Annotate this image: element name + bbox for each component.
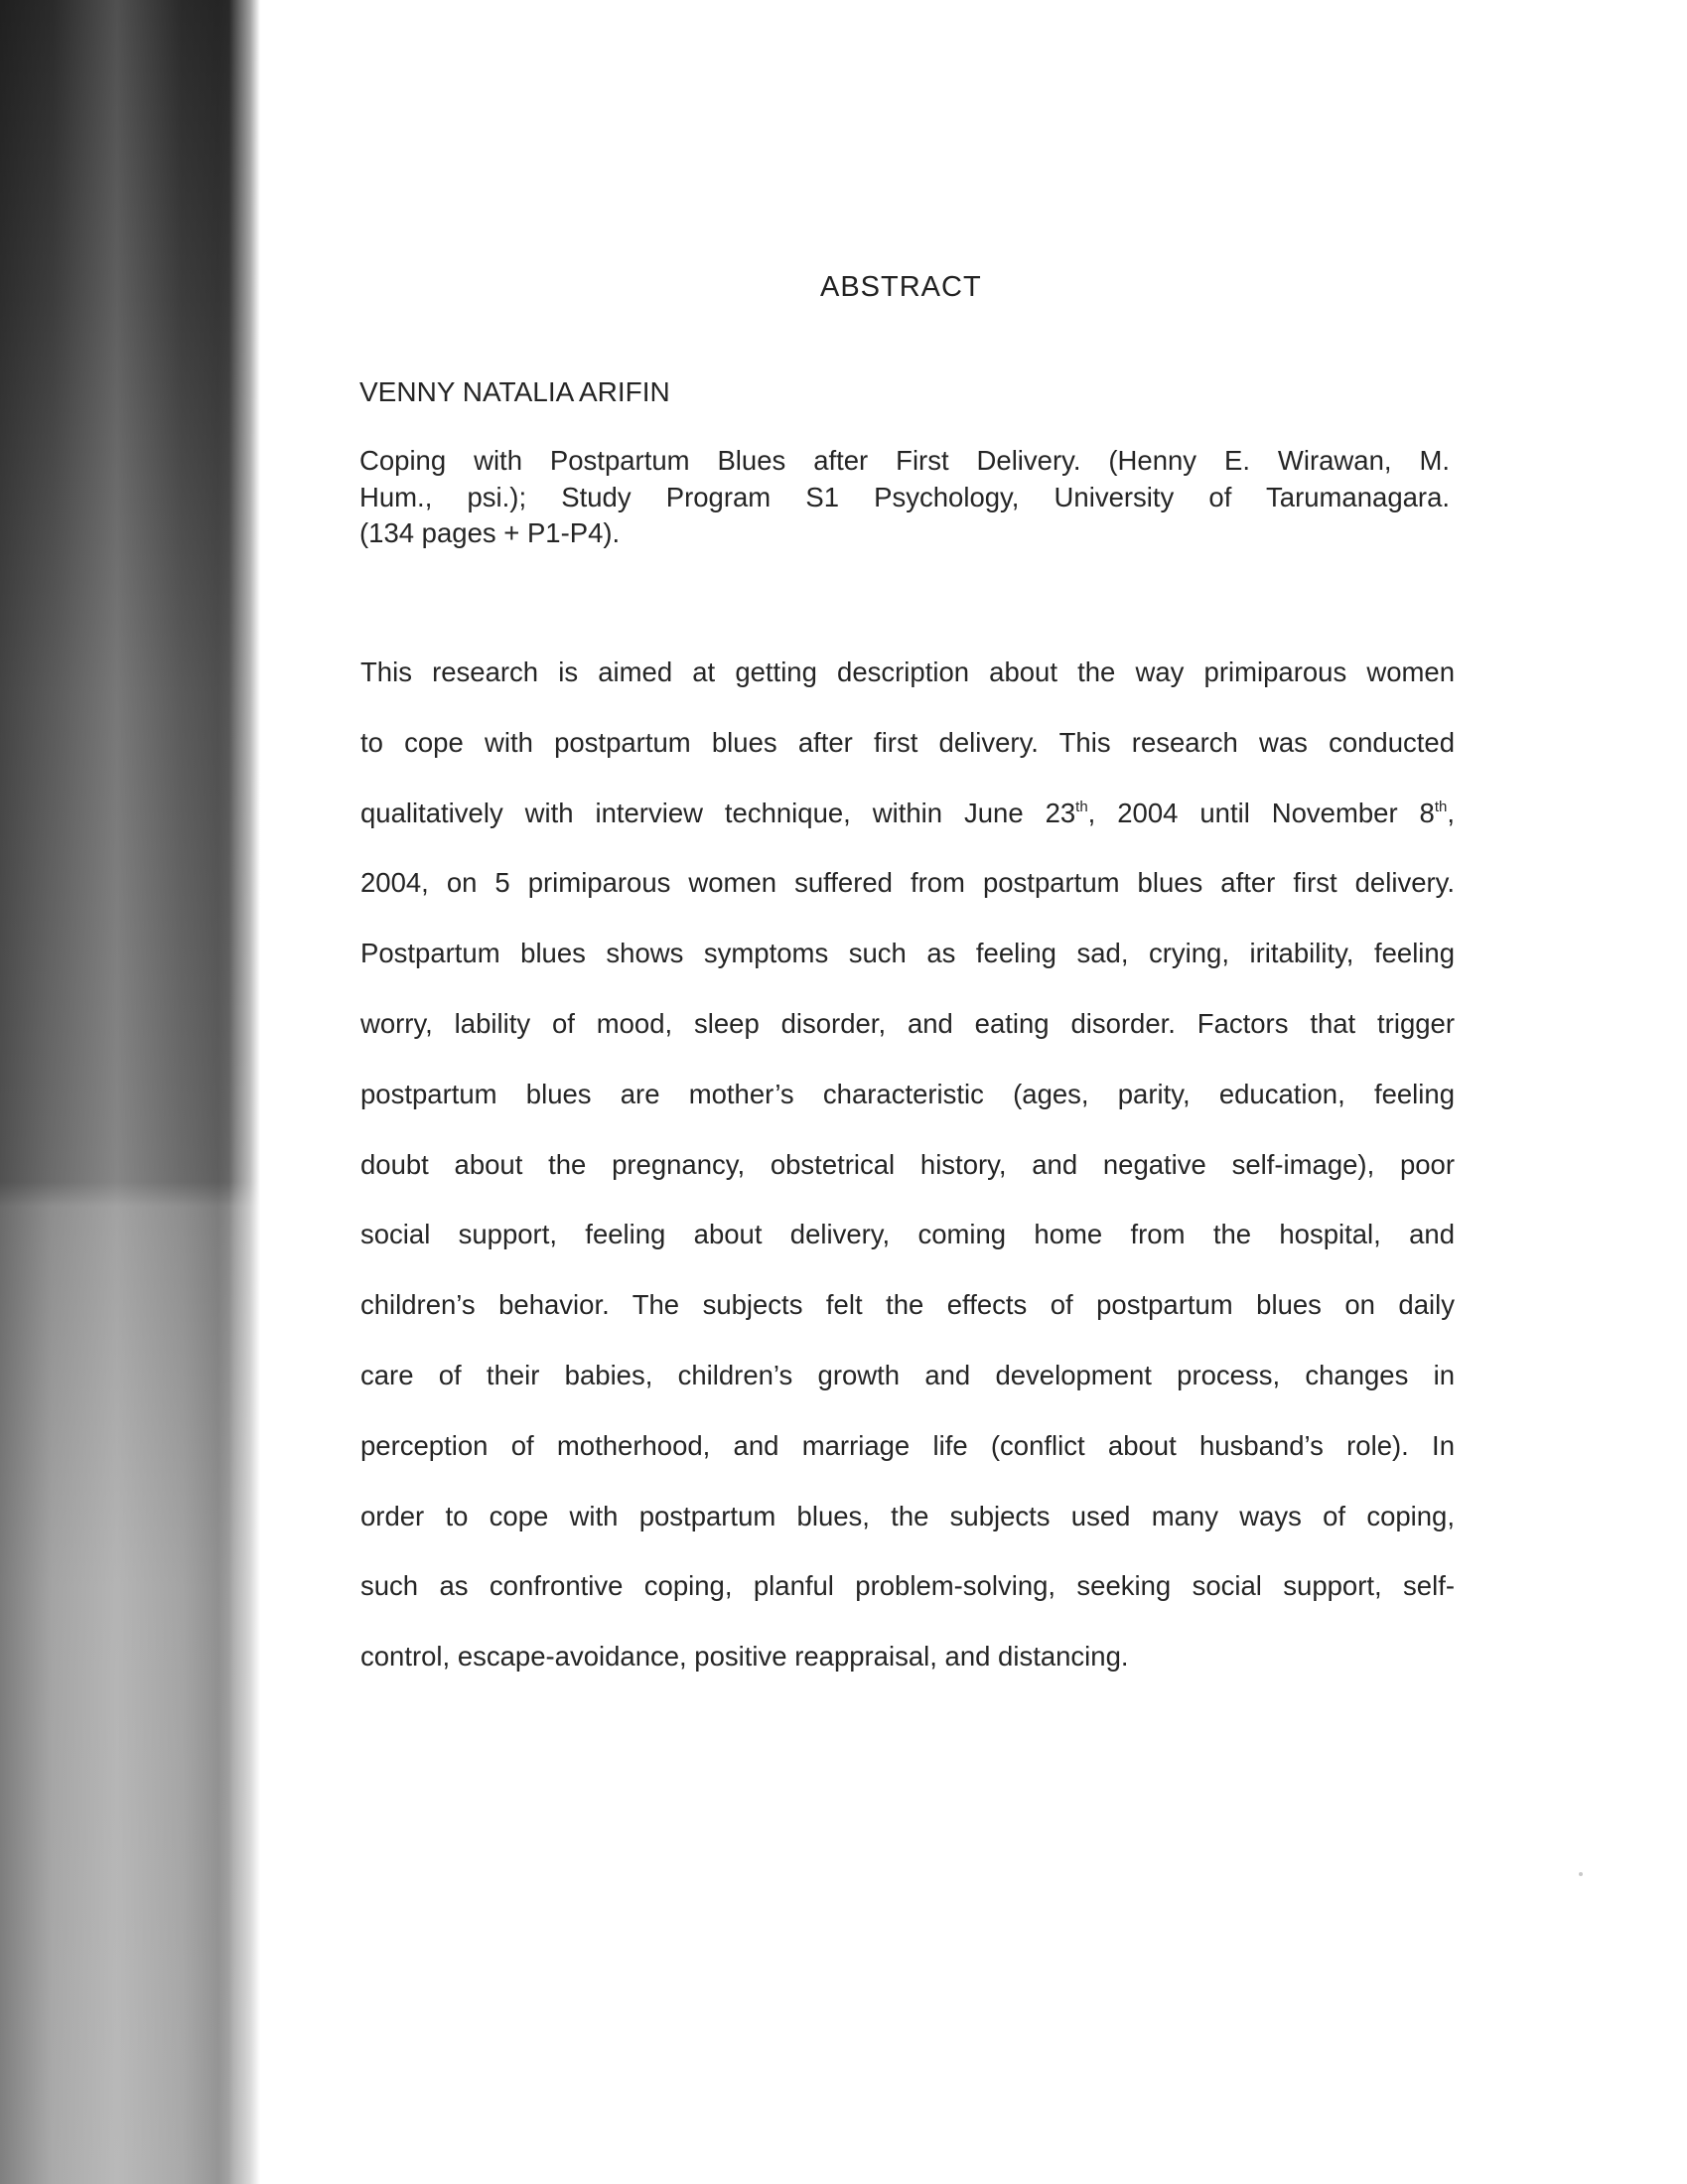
scan-speck: [1579, 1872, 1583, 1876]
ordinal-suffix: th: [1435, 799, 1448, 815]
abstract-line: to cope with postpartum blues after firs…: [360, 721, 1455, 792]
abstract-line: control, escape-avoidance, positive reap…: [360, 1635, 1455, 1705]
abstract-line: Postpartum blues shows symptoms such as …: [360, 932, 1455, 1002]
line-text: ,: [1447, 798, 1455, 828]
abstract-line: 2004, on 5 primiparous women suffered fr…: [360, 861, 1455, 932]
abstract-line: order to cope with postpartum blues, the…: [360, 1495, 1455, 1565]
page-title: ABSTRACT: [820, 271, 982, 304]
citation-block: Coping with Postpartum Blues after First…: [359, 443, 1450, 552]
line-text: qualitatively with interview technique, …: [360, 798, 1075, 828]
abstract-line: care of their babies, children’s growth …: [360, 1354, 1455, 1424]
abstract-line: postpartum blues are mother’s characteri…: [360, 1073, 1455, 1143]
abstract-line: social support, feeling about delivery, …: [360, 1213, 1455, 1283]
author-name: VENNY NATALIA ARIFIN: [359, 376, 670, 408]
citation-line: Coping with Postpartum Blues after First…: [359, 443, 1450, 480]
abstract-line: perception of motherhood, and marriage l…: [360, 1424, 1455, 1495]
line-text: , 2004 until November 8: [1088, 798, 1435, 828]
document-page: ABSTRACT VENNY NATALIA ARIFIN Coping wit…: [0, 0, 1687, 2184]
ordinal-suffix: th: [1075, 799, 1088, 815]
abstract-line: doubt about the pregnancy, obstetrical h…: [360, 1143, 1455, 1214]
abstract-line: qualitatively with interview technique, …: [360, 792, 1455, 862]
citation-line: Hum., psi.); Study Program S1 Psychology…: [359, 480, 1450, 516]
abstract-line: This research is aimed at getting descri…: [360, 651, 1455, 721]
citation-line: (134 pages + P1-P4).: [359, 515, 1450, 552]
abstract-line: such as confrontive coping, planful prob…: [360, 1564, 1455, 1635]
abstract-line: worry, lability of mood, sleep disorder,…: [360, 1002, 1455, 1073]
abstract-line: children’s behavior. The subjects felt t…: [360, 1283, 1455, 1354]
abstract-paragraph: This research is aimed at getting descri…: [360, 651, 1455, 1705]
